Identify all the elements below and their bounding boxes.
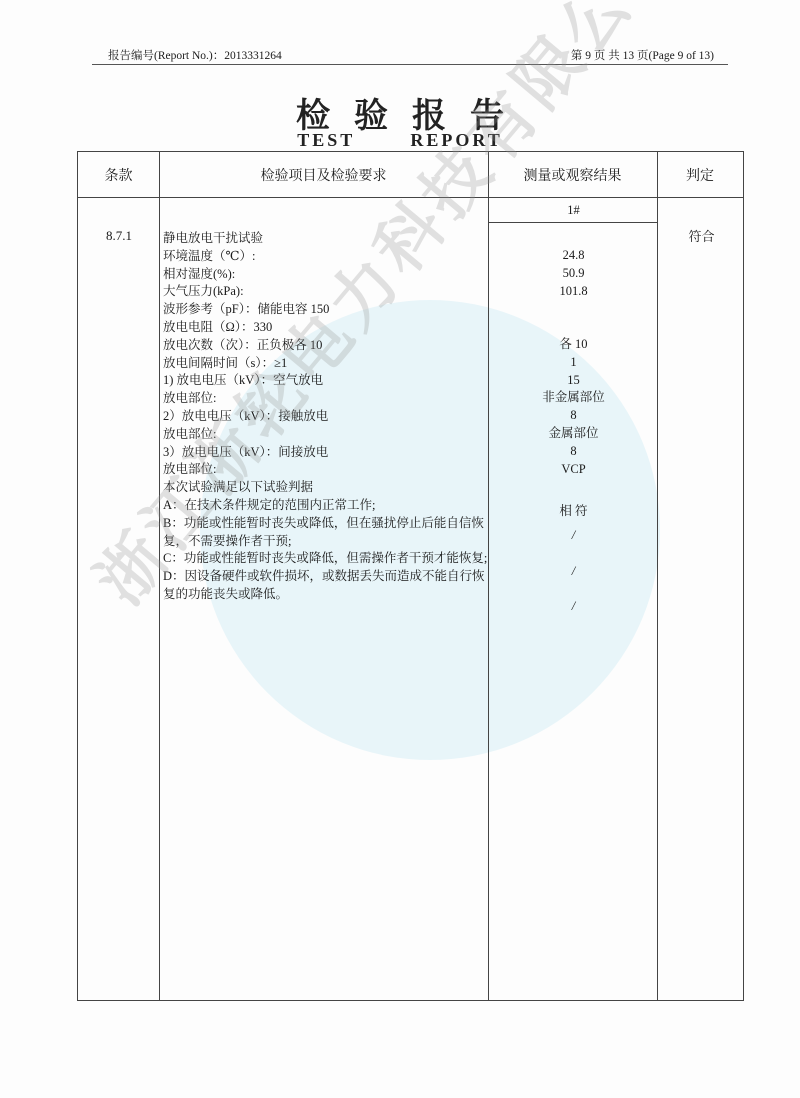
result-contact-location: 金属部位: [489, 425, 658, 443]
clause-number: 8.7.1: [78, 228, 160, 244]
result-indirect-location: VCP: [489, 461, 658, 479]
criterion-c: C：功能或性能暂时丧失或降低，但需操作者干预才能恢复;: [163, 550, 488, 568]
title-english: TEST REPORT: [0, 130, 800, 151]
result-criterion-d: /: [489, 595, 658, 631]
report-page: 报告编号(Report No.)：2013331264 第 9 页 共 13 页…: [0, 0, 800, 1098]
results-list: 24.8 50.9 101.8 各 10 1 15 非金属部位 8 金属部位 8…: [489, 247, 658, 631]
criterion-d: D：因设备硬件或软件损坏，或数据丢失而造成不能自行恢复的功能丧失或降低。: [163, 568, 488, 604]
result-humidity: 50.9: [489, 265, 658, 283]
result-pressure: 101.8: [489, 283, 658, 301]
result-indirect-voltage: 8: [489, 443, 658, 461]
result-criterion-b: /: [489, 524, 658, 560]
report-number: 报告编号(Report No.)：2013331264: [108, 47, 282, 63]
result-discharge-count: 各 10: [489, 336, 658, 354]
result-contact-voltage: 8: [489, 407, 658, 425]
result-air-voltage: 15: [489, 372, 658, 390]
result-temperature: 24.8: [489, 247, 658, 265]
spacer: [489, 478, 658, 496]
result-criterion-a: 相 符: [489, 496, 658, 518]
sample-id: 1#: [489, 198, 658, 223]
report-number-value: 2013331264: [224, 50, 282, 62]
result-interval: 1: [489, 354, 658, 372]
header-clause: 条款: [78, 152, 159, 198]
header-divider: [92, 64, 728, 65]
header-verdict: 判定: [657, 152, 743, 198]
result-air-location: 非金属部位: [489, 389, 658, 407]
report-number-label: 报告编号(Report No.)：: [108, 50, 224, 62]
result-criterion-c: /: [489, 560, 658, 596]
spacer: [489, 300, 658, 336]
verdict: 符合: [658, 226, 745, 245]
